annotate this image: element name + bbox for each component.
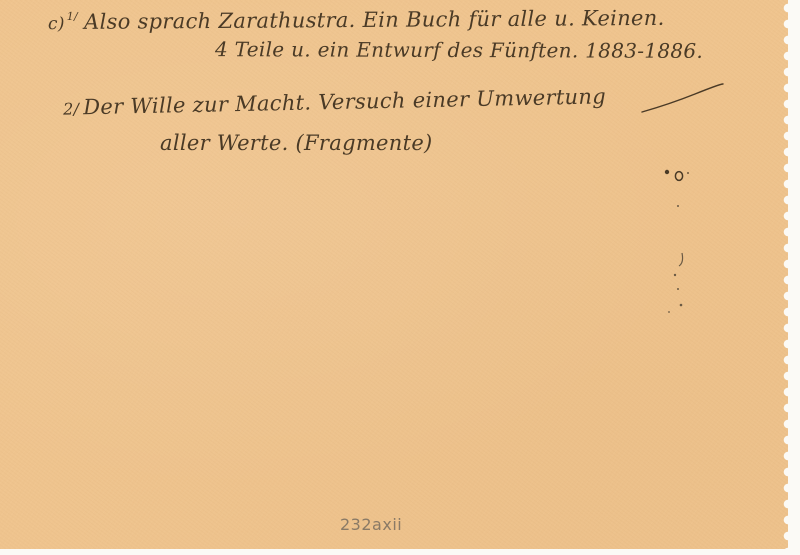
scan-margin: [0, 549, 800, 555]
entry-1-detail-line: 4 Teile u. ein Entwurf des Fünften. 1883…: [215, 37, 703, 63]
entry-text: aller Werte. (Fragmente): [160, 131, 433, 155]
catalog-number: 232axii: [340, 515, 402, 534]
index-card: c)1/Also sprach Zarathustra. Ein Buch fü…: [0, 0, 788, 549]
entry-number: 2/: [63, 99, 80, 118]
section-marker: c): [48, 14, 65, 34]
perforated-edge: [782, 0, 788, 549]
entry-text: Der Wille zur Macht. Versuch einer Umwer…: [83, 84, 606, 119]
pen-flourish-mark: [640, 82, 725, 122]
entry-2-detail-line: aller Werte. (Fragmente): [160, 131, 433, 155]
ink-specks-mark: [655, 160, 705, 320]
entry-text: 4 Teile u. ein Entwurf des Fünften. 1883…: [215, 37, 703, 63]
entry-1-title-line: c)1/Also sprach Zarathustra. Ein Buch fü…: [48, 6, 665, 34]
entry-2-title-line: 2/Der Wille zur Macht. Versuch einer Umw…: [63, 84, 606, 119]
entry-number: 1/: [67, 10, 78, 23]
entry-text: Also sprach Zarathustra. Ein Buch für al…: [84, 6, 665, 34]
